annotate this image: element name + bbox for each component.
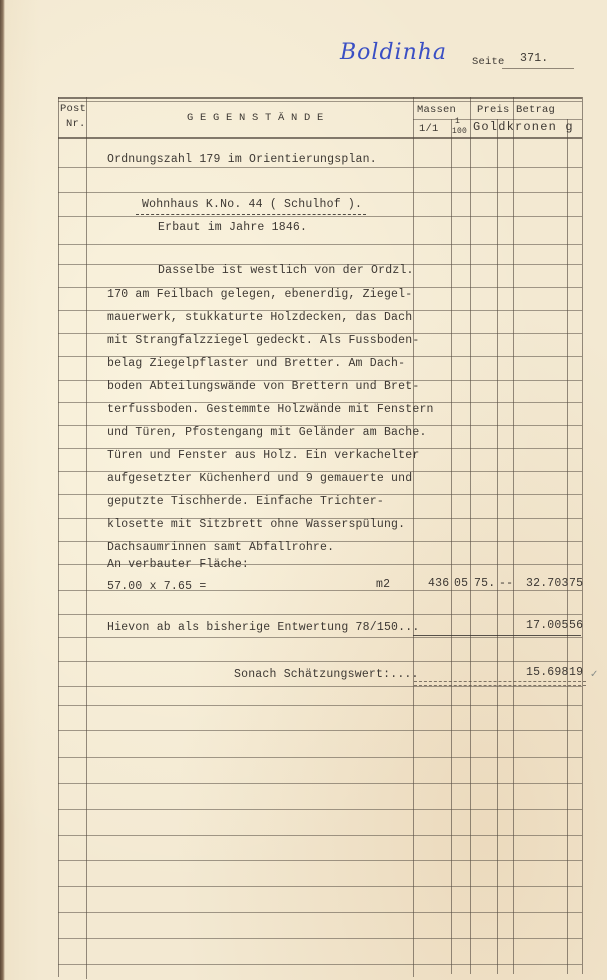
header-massen-unit-1: 1/1 bbox=[419, 123, 439, 135]
row-line bbox=[58, 705, 582, 706]
col-line-right bbox=[582, 97, 583, 974]
area-betrag-fraction: 75 bbox=[569, 577, 583, 590]
page-number: 371. bbox=[520, 52, 548, 65]
deduction-betrag-value: 17.005 bbox=[526, 619, 569, 632]
area-betrag-value: 32.703 bbox=[526, 577, 569, 590]
row-line bbox=[58, 244, 582, 245]
header-massen-unit-2-num: 1 bbox=[455, 117, 460, 126]
col-line-massen-left bbox=[413, 97, 414, 977]
row-line bbox=[58, 835, 582, 836]
description-line: Dachsaumrinnen samt Abfallrohre. bbox=[107, 541, 334, 554]
erbaut-line: Erbaut im Jahre 1846. bbox=[158, 221, 307, 234]
checkmark-icon: ✓ bbox=[590, 669, 598, 680]
row-line bbox=[58, 730, 582, 731]
ordnungszahl-line: Ordnungszahl 179 im Orientierungsplan. bbox=[107, 153, 377, 166]
description-line: und Türen, Pfostengang mit Geländer am B… bbox=[107, 426, 427, 439]
header-massen: Massen bbox=[417, 104, 456, 116]
col-line-left bbox=[58, 97, 59, 977]
area-preis-value: 75. bbox=[474, 577, 495, 590]
description-line: mauerwerk, stukkaturte Holzdecken, das D… bbox=[107, 311, 412, 324]
row-line bbox=[58, 783, 582, 784]
header-post: Post bbox=[60, 103, 86, 115]
row-line bbox=[58, 938, 582, 939]
table-top-border bbox=[58, 97, 582, 99]
description-line: geputzte Tischherde. Einfache Trichter- bbox=[107, 495, 384, 508]
description-line: mit Strangfalzziegel gedeckt. Als Fussbo… bbox=[107, 334, 419, 347]
description-line: aufgesetzter Küchenherd und 9 gemauerte … bbox=[107, 472, 412, 485]
area-massen-fraction: 05 bbox=[454, 577, 468, 590]
header-nr: Nr. bbox=[66, 118, 86, 130]
row-line bbox=[58, 614, 582, 615]
col-line-massen-mid bbox=[451, 119, 452, 974]
handwritten-name: Boldinha bbox=[340, 40, 447, 65]
deduction-label: Hievon ab als bisherige Entwertung 78/15… bbox=[107, 621, 419, 634]
total-betrag-value: 15.698 bbox=[526, 666, 569, 679]
header-preis: Preis bbox=[477, 104, 510, 116]
description-line: Dasselbe ist westlich von der Ordzl. bbox=[158, 264, 414, 277]
description-line: Türen und Fenster aus Holz. Ein verkache… bbox=[107, 449, 419, 462]
row-line bbox=[58, 192, 582, 193]
header-bottom-border bbox=[58, 137, 582, 139]
row-line bbox=[58, 661, 582, 662]
row-line bbox=[58, 912, 582, 913]
area-label: An verbauter Fläche: bbox=[107, 558, 249, 571]
header-gegenstaende: G E G E N S T Ä N D E bbox=[187, 112, 324, 124]
row-line bbox=[58, 964, 582, 965]
description-line: terfussboden. Gestemmte Holzwände mit Fe… bbox=[107, 403, 434, 416]
area-unit: m2 bbox=[376, 578, 390, 591]
area-massen-value: 436 bbox=[428, 577, 449, 590]
table-top-border-inner bbox=[58, 101, 582, 102]
total-betrag-fraction: 19 bbox=[569, 666, 583, 679]
area-preis-fraction: -- bbox=[499, 577, 513, 590]
row-line bbox=[58, 686, 582, 687]
seite-label: Seite bbox=[472, 56, 505, 68]
col-line-preis-mid bbox=[497, 119, 498, 974]
col-line-postnr bbox=[86, 97, 87, 979]
total-double-underline bbox=[414, 681, 586, 686]
col-line-betrag-left bbox=[513, 97, 514, 974]
seite-underline bbox=[502, 68, 574, 69]
row-line bbox=[58, 637, 582, 638]
col-line-preis-left bbox=[470, 97, 471, 974]
row-line bbox=[58, 216, 582, 217]
wohnhaus-underline bbox=[136, 214, 366, 215]
area-calculation: 57.00 x 7.65 = bbox=[107, 580, 206, 593]
row-line bbox=[58, 860, 582, 861]
row-line bbox=[58, 886, 582, 887]
row-line bbox=[58, 809, 582, 810]
description-line: klosette mit Sitzbrett ohne Wasserspülun… bbox=[107, 518, 405, 531]
header-currency: Goldkronen g bbox=[473, 120, 574, 134]
row-line bbox=[58, 167, 582, 168]
description-line: 170 am Feilbach gelegen, ebenerdig, Zieg… bbox=[107, 288, 412, 301]
description-line: boden Abteilungswände von Brettern und B… bbox=[107, 380, 419, 393]
col-line-betrag-cents bbox=[567, 119, 568, 974]
description-line: belag Ziegelpflaster und Bretter. Am Dac… bbox=[107, 357, 405, 370]
row-line bbox=[58, 757, 582, 758]
header-betrag: Betrag bbox=[516, 104, 555, 116]
deduction-betrag-fraction: 56 bbox=[569, 619, 583, 632]
total-label: Sonach Schätzungswert:.... bbox=[234, 668, 419, 681]
wohnhaus-line: Wohnhaus K.No. 44 ( Schulhof ). bbox=[142, 198, 362, 211]
header-massen-unit-2-den: 100 bbox=[452, 127, 467, 136]
deduction-underline bbox=[413, 635, 581, 636]
